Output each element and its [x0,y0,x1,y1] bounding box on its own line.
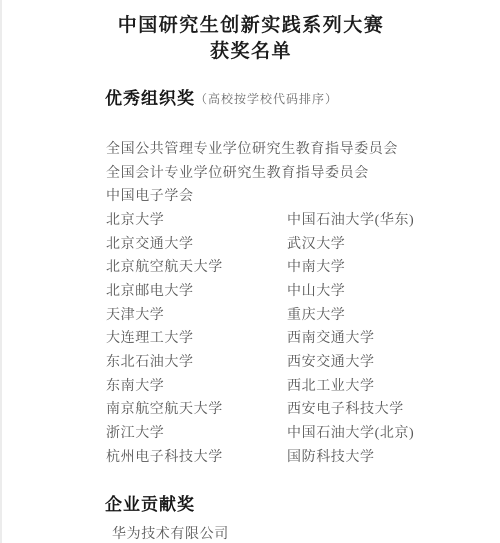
university-name: 杭州电子科技大学 [106,446,287,466]
document-title-block: 中国研究生创新实践系列大赛 获奖名单 [2,0,500,65]
university-name: 中国石油大学(华东) [287,209,480,229]
organization-award-list: 全国公共管理专业学位研究生教育指导委员会 全国会计专业学位研究生教育指导委员会 … [106,136,480,468]
university-pair-row: 北京交通大学 武汉大学 [106,231,480,255]
section-heading-organization-award: 优秀组织奖（高校按学校代码排序） [105,88,500,110]
org-name-row: 全国会计专业学位研究生教育指导委员会 [106,160,480,184]
document-title-line1: 中国研究生创新实践系列大赛 [2,13,500,39]
university-name: 中国石油大学(北京) [287,422,480,442]
university-name: 北京大学 [106,209,287,229]
university-pair-row: 南京航空航天大学 西安电子科技大学 [106,397,480,421]
university-name: 重庆大学 [287,304,480,324]
university-name: 中山大学 [287,280,480,300]
university-name: 西南交通大学 [287,327,480,347]
org-name: 全国会计专业学位研究生教育指导委员会 [106,162,369,182]
org-name-row: 中国电子学会 [106,183,480,207]
university-name: 南京航空航天大学 [106,398,287,418]
enterprise-award-heading-text: 企业贡献奖 [105,495,195,514]
university-name: 西安交通大学 [287,351,480,371]
university-pair-row: 浙江大学 中国石油大学(北京) [106,420,480,444]
organization-award-heading-text: 优秀组织奖 [105,89,195,108]
university-name: 西安电子科技大学 [287,398,480,418]
university-name: 武汉大学 [287,233,480,253]
company-name: 华为技术有限公司 [112,527,229,542]
company-name-row: 华为技术有限公司 [112,523,500,543]
organization-award-heading-note: （高校按学校代码排序） [195,92,338,106]
enterprise-award-list: 华为技术有限公司 [112,523,500,543]
university-name: 北京邮电大学 [106,280,287,300]
university-name: 中南大学 [287,256,480,276]
award-document-page: 中国研究生创新实践系列大赛 获奖名单 优秀组织奖（高校按学校代码排序） 全国公共… [0,0,500,543]
university-name: 东北石油大学 [106,351,287,371]
university-name: 西北工业大学 [287,375,480,395]
university-pair-row: 东南大学 西北工业大学 [106,373,480,397]
university-name: 国防科技大学 [287,446,480,466]
section-heading-enterprise-award: 企业贡献奖 [105,494,500,515]
org-name: 中国电子学会 [106,185,194,205]
university-name: 大连理工大学 [106,327,287,347]
university-pair-row: 北京邮电大学 中山大学 [106,278,480,302]
university-pair-row: 北京大学 中国石油大学(华东) [106,207,480,231]
university-pair-row: 杭州电子科技大学 国防科技大学 [106,444,480,468]
university-pair-row: 天津大学 重庆大学 [106,302,480,326]
org-name: 全国公共管理专业学位研究生教育指导委员会 [106,138,398,158]
university-name: 东南大学 [106,375,287,395]
university-pair-row: 大连理工大学 西南交通大学 [106,326,480,350]
org-name-row: 全国公共管理专业学位研究生教育指导委员会 [106,136,480,160]
university-pair-row: 东北石油大学 西安交通大学 [106,349,480,373]
university-name: 北京航空航天大学 [106,256,287,276]
university-name: 天津大学 [106,304,287,324]
university-name: 北京交通大学 [106,233,287,253]
university-name: 浙江大学 [106,422,287,442]
document-title-line2: 获奖名单 [2,39,500,65]
university-pair-row: 北京航空航天大学 中南大学 [106,254,480,278]
